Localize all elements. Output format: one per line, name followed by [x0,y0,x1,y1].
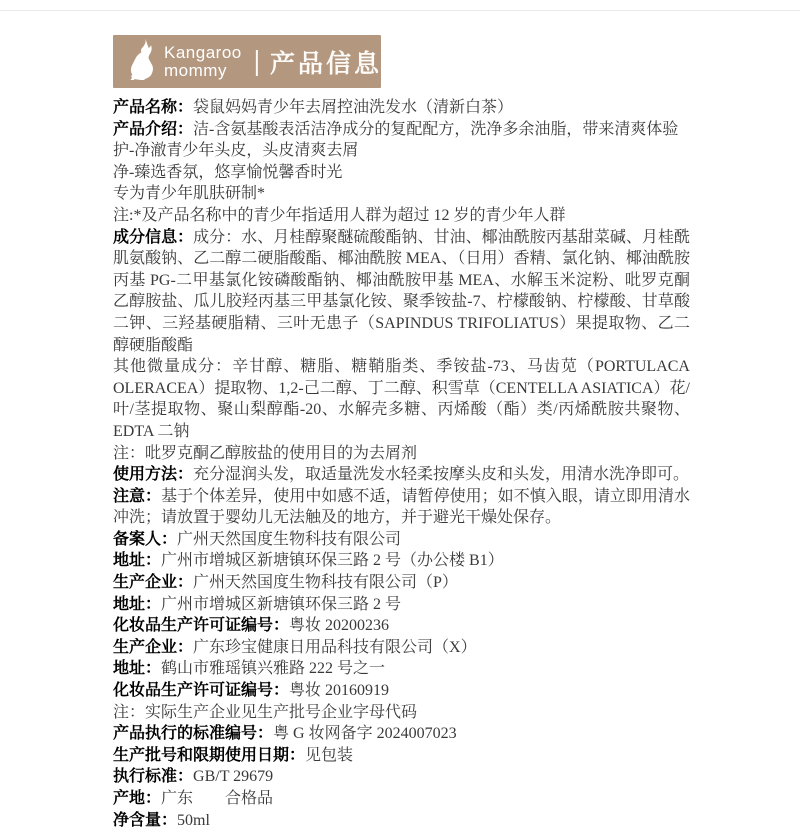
info-row: 地址：广州市增城区新塘镇环保三路 2 号 [113,594,690,616]
info-rows: 产品名称：袋鼠妈妈青少年去屑控油洗发水（清新白茶）产品介绍：洁-含氨基酸表活洁净… [113,97,690,800]
info-row: 产品介绍：洁-含氨基酸表活洁净成分的复配配方，洗净多余油脂，带来清爽体验 [113,119,690,141]
brand-banner: Kangaroo mommy | 产品信息 [113,35,381,88]
field-value: 广州天然国度生物科技有限公司 [177,531,401,548]
field-value: 充分湿润头发，取适量洗发水轻柔按摩头皮和头发，用清水洗净即可。 [193,466,689,483]
field-value: 广州市增城区新塘镇环保三路 2 号（办公楼 B1） [161,552,504,569]
field-label: 产品名称： [113,99,193,116]
field-label: 产品执行的标准编号： [113,725,273,742]
field-label: 成分信息： [113,229,193,246]
info-row: 成分信息：成分：水、月桂醇聚醚硫酸酯钠、甘油、椰油酰胺丙基甜菜碱、月桂酰肌氨酸钠… [113,227,690,357]
field-value: 广东珍宝健康日用品科技有限公司（X） [193,639,477,656]
info-row: 备案人：广州天然国度生物科技有限公司 [113,529,690,551]
field-label: 生产企业： [113,639,193,656]
banner-title: 产品信息 [270,44,382,80]
field-label: 地址： [113,660,161,677]
info-row: 注：吡罗克酮乙醇胺盐的使用目的为去屑剂 [113,443,690,465]
info-row: 化妆品生产许可证编号：粤妆 20160919 [113,680,690,702]
brand-name-line2: mommy [164,62,242,79]
info-row: 生产企业：广东珍宝健康日用品科技有限公司（X） [113,637,690,659]
field-label: 备案人： [113,531,177,548]
field-label: 产地： [113,790,161,800]
field-label: 化妆品生产许可证编号： [113,617,289,634]
field-label: 使用方法： [113,466,193,483]
field-value: 净-臻选香氛，悠享愉悦馨香时光 [113,164,342,181]
info-row: 产品名称：袋鼠妈妈青少年去屑控油洗发水（清新白茶） [113,97,690,119]
info-row: 护-净澈青少年头皮，头皮清爽去屑 [113,140,690,162]
brand-name-line1: Kangaroo [164,44,242,61]
field-label: 执行标准： [113,768,193,785]
field-label: 生产批号和限期使用日期： [113,747,305,764]
field-value: 广东 合格品 [161,790,273,800]
info-row: 注:*及产品名称中的青少年指适用人群为超过 12 岁的青少年人群 [113,205,690,227]
info-row: 生产企业：广州天然国度生物科技有限公司（P） [113,572,690,594]
field-value: GB/T 29679 [193,768,273,785]
field-label: 地址： [113,596,161,613]
field-value: 洁-含氨基酸表活洁净成分的复配配方，洗净多余油脂，带来清爽体验 [193,121,678,138]
field-label: 产品介绍： [113,121,193,138]
info-row: 生产批号和限期使用日期：见包装 [113,745,690,767]
field-value: 鹤山市雅瑶镇兴雅路 222 号之一 [161,660,385,677]
field-value: 粤妆 20200236 [289,617,389,634]
brand-wordmark: Kangaroo mommy [164,44,242,79]
field-label: 化妆品生产许可证编号： [113,682,289,699]
info-row: 其他微量成分：辛甘醇、糖脂、糖鞘脂类、季铵盐-73、马齿苋（PORTULACA … [113,356,690,442]
field-label: 地址： [113,552,161,569]
info-row: 产品执行的标准编号：粤 G 妆网备字 2024007023 [113,723,690,745]
top-divider-line [0,10,800,11]
field-value: 广州市增城区新塘镇环保三路 2 号 [161,596,401,613]
field-value: 成分：水、月桂醇聚醚硫酸酯钠、甘油、椰油酰胺丙基甜菜碱、月桂酰肌氨酸钠、乙二醇二… [113,229,690,354]
field-label: 生产企业： [113,574,193,591]
field-value: 其他微量成分：辛甘醇、糖脂、糖鞘脂类、季铵盐-73、马齿苋（PORTULACA … [113,358,690,440]
field-value: 袋鼠妈妈青少年去屑控油洗发水（清新白茶） [193,99,513,116]
field-value: 见包装 [305,747,353,764]
info-row: 地址：广州市增城区新塘镇环保三路 2 号（办公楼 B1） [113,550,690,572]
info-row: 执行标准：GB/T 29679 [113,766,690,788]
info-row: 专为青少年肌肤研制* [113,183,690,205]
banner-divider: | [254,45,260,77]
field-value: 注：实际生产企业见生产批号企业字母代码 [113,704,417,721]
field-value: 广州天然国度生物科技有限公司（P） [193,574,458,591]
info-row: 净-臻选香氛，悠享愉悦馨香时光 [113,162,690,184]
field-value: 基于个体差异，使用中如感不适，请暂停使用；如不慎入眼，请立即用清水冲洗；请放置于… [113,488,690,527]
product-info-page: Kangaroo mommy | 产品信息 产品名称：袋鼠妈妈青少年去屑控油洗发… [113,35,690,800]
info-row: 地址：鹤山市雅瑶镇兴雅路 222 号之一 [113,658,690,680]
kangaroo-logo-icon [125,38,159,85]
field-value: 注:*及产品名称中的青少年指适用人群为超过 12 岁的青少年人群 [113,207,565,224]
field-label: 注意： [113,488,161,505]
field-value: 专为青少年肌肤研制* [113,185,265,202]
info-row: 注：实际生产企业见生产批号企业字母代码 [113,702,690,724]
info-row: 产地：广东 合格品 [113,788,690,800]
field-value: 粤 G 妆网备字 2024007023 [273,725,457,742]
info-row: 化妆品生产许可证编号：粤妆 20200236 [113,615,690,637]
field-value: 粤妆 20160919 [289,682,389,699]
field-value: 注：吡罗克酮乙醇胺盐的使用目的为去屑剂 [113,445,417,462]
field-value: 护-净澈青少年头皮，头皮清爽去屑 [113,142,358,159]
info-row: 注意：基于个体差异，使用中如感不适，请暂停使用；如不慎入眼，请立即用清水冲洗；请… [113,486,690,529]
info-row: 使用方法：充分湿润头发，取适量洗发水轻柔按摩头皮和头发，用清水洗净即可。 [113,464,690,486]
